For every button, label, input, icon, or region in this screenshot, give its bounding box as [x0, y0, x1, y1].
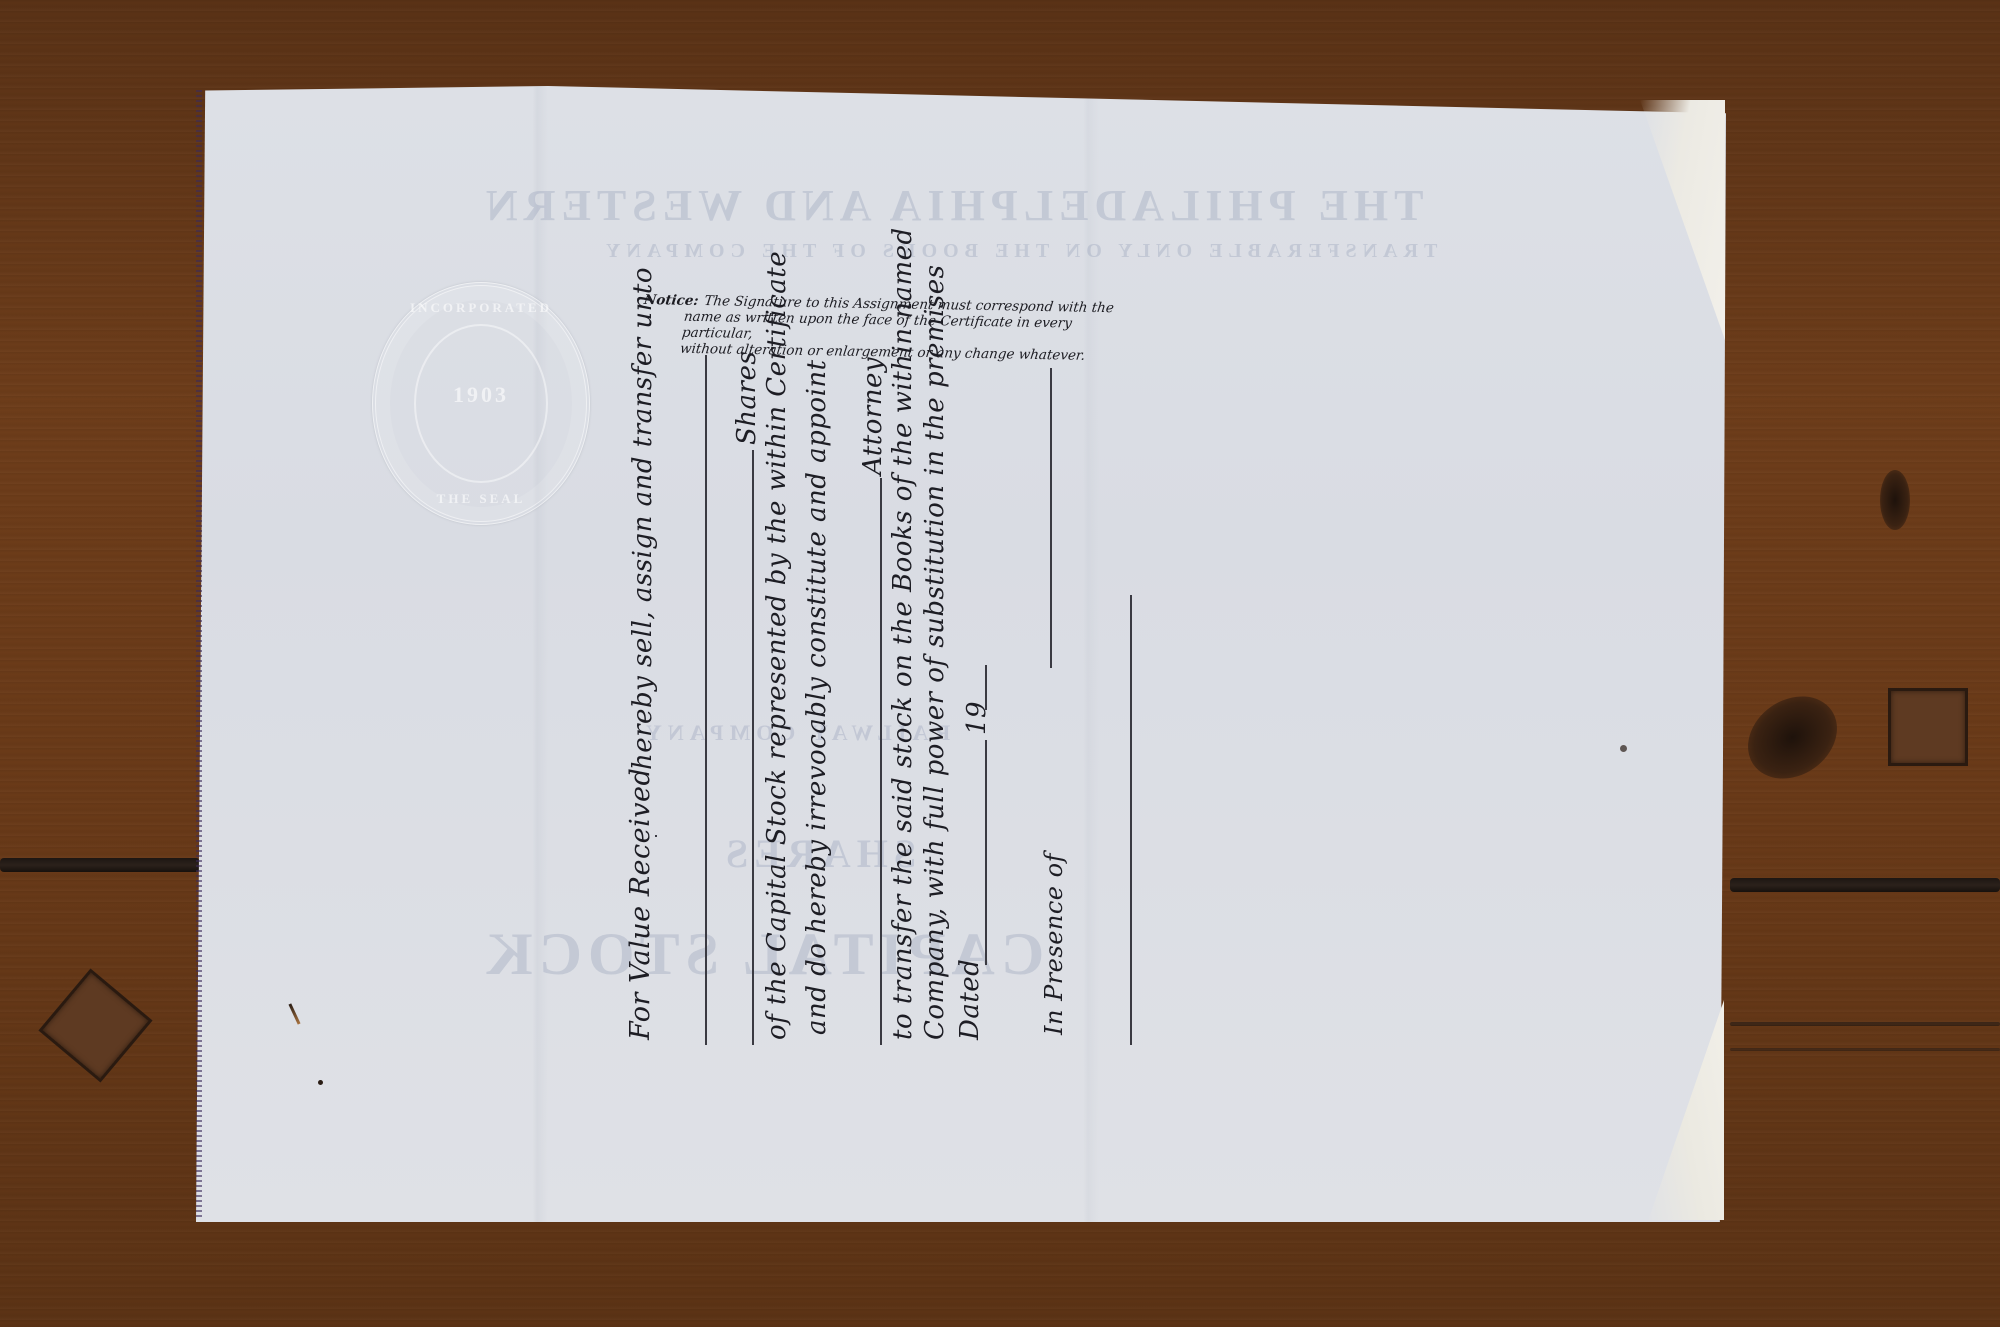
attorney-label: Attorney: [858, 357, 888, 475]
perforated-edge: [196, 90, 202, 1220]
bleed-through-title: THE PHILADELPHIA AND WESTERN: [480, 180, 1423, 231]
attorney-name-line[interactable]: [880, 478, 882, 1045]
seal-top-text: INCORPORATED: [376, 300, 586, 316]
signature-line[interactable]: [1050, 368, 1052, 668]
assign-transfer-text: hereby sell, assign and transfer unto: [628, 267, 658, 770]
assignee-name-line[interactable]: [705, 355, 707, 1045]
wood-peg-diamond: [38, 968, 152, 1082]
constitute-appoint-text: and do hereby irrevocably constitute and…: [802, 359, 832, 1035]
wood-grain-line: [1730, 1022, 2000, 1026]
transfer-books-text: to transfer the said stock on the Books …: [888, 227, 918, 1040]
date-line[interactable]: [985, 740, 987, 965]
witness-label: In Presence of: [1040, 853, 1068, 1035]
witness-signature-line[interactable]: [1130, 595, 1132, 1045]
shares-count-line[interactable]: [752, 450, 754, 1045]
wood-board-seam-left: [0, 858, 200, 872]
wood-knot: [1732, 680, 1853, 796]
year-prefix: 19: [962, 701, 992, 735]
signature-notice: Notice:The Signature to this Assignment …: [637, 292, 1124, 364]
wood-knot: [1880, 470, 1910, 530]
embossed-seal: INCORPORATED 1903 THE SEAL: [372, 282, 590, 525]
bleed-through-subtitle: TRANSFERABLE ONLY ON THE BOOKS OF THE CO…: [600, 240, 1437, 263]
substitution-text: Company, with full power of substitution…: [920, 265, 950, 1040]
dated-label: Dated: [955, 959, 985, 1040]
year-line[interactable]: [985, 665, 987, 710]
wood-board-seam-right: [1730, 878, 2000, 892]
for-value-received-label: For Value Received: [625, 768, 656, 1040]
pin-hole: [1620, 745, 1627, 752]
assignor-name-field[interactable]: [655, 835, 657, 837]
seal-year: 1903: [376, 382, 586, 408]
wood-grain-line: [1730, 1048, 2000, 1051]
pin-hole: [318, 1080, 323, 1085]
wood-peg-square: [1888, 688, 1968, 766]
seal-bottom-text: THE SEAL: [376, 491, 586, 507]
capital-stock-text: of the Capital Stock represented by the …: [762, 251, 792, 1040]
shares-label: Shares: [732, 351, 762, 445]
